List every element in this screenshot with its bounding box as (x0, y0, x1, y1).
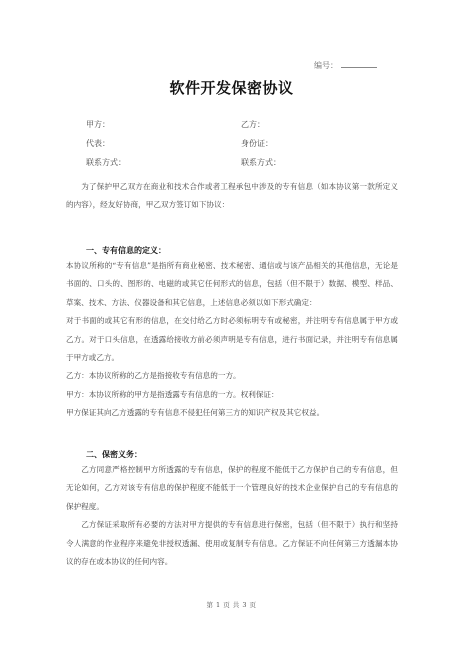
paragraph: 本协议所称的“专有信息”是指所有商业秘密、技术秘密、通信或与该产品相关的其他信息… (66, 257, 398, 312)
party-row: 甲方： 乙方： (86, 119, 386, 138)
document-page: 编号： 软件开发保密协议 甲方： 乙方： 代表： 身份证： 联系方式： 联系方式… (0, 0, 463, 655)
section-heading-confidentiality: 二、保密义务： (86, 449, 142, 460)
serial-number-blank (341, 61, 377, 68)
document-title: 软件开发保密协议 (0, 77, 463, 98)
preamble: 为了保护甲乙双方在商业和技术合作或者工程承包中涉及的专有信息（如本协议第一款所定… (66, 178, 398, 215)
section-confidentiality-body: 乙方同意严格控制甲方所透露的专有信息，保护的程度不能低于乙方保护自己的专有信息，… (66, 461, 398, 571)
serial-number-label: 编号： (314, 61, 338, 70)
paragraph: 乙方同意严格控制甲方所透露的专有信息，保护的程度不能低于乙方保护自己的专有信息，… (66, 461, 398, 516)
party-b-contact-label: 联系方式： (241, 157, 281, 168)
party-info: 甲方： 乙方： 代表： 身份证： 联系方式： 联系方式： (86, 119, 386, 176)
party-a-contact-label: 联系方式： (86, 157, 126, 168)
page-footer: 第 1 页 共 3 页 (0, 600, 463, 609)
party-a-label: 甲方： (86, 119, 110, 130)
paragraph: 乙方：本协议所称的乙方是指接收专有信息的一方。 (66, 367, 398, 385)
party-b-label: 乙方： (241, 119, 265, 130)
paragraph: 甲方：本协议所称的甲方是指透露专有信息的一方。权利保证： (66, 386, 398, 404)
serial-number-field: 编号： (314, 60, 377, 71)
preamble-text: 为了保护甲乙双方在商业和技术合作或者工程承包中涉及的专有信息（如本协议第一款所定… (66, 178, 398, 215)
section-heading-definition: 一、专有信息的定义： (86, 245, 166, 256)
id-card-label: 身份证： (241, 138, 273, 149)
party-row: 代表： 身份证： (86, 138, 386, 157)
party-row: 联系方式： 联系方式： (86, 157, 386, 176)
paragraph: 对于书面的或其它有形的信息，在交付给乙方时必须标明专有或秘密，并注明专有信息属于… (66, 312, 398, 367)
paragraph: 甲方保证其向乙方透露的专有信息不侵犯任何第三方的知识产权及其它权益。 (66, 404, 398, 422)
paragraph: 乙方保证采取所有必要的方法对甲方提供的专有信息进行保密，包括（但不限于）执行和坚… (66, 516, 398, 571)
representative-label: 代表： (86, 138, 110, 149)
section-definition-body: 本协议所称的“专有信息”是指所有商业秘密、技术秘密、通信或与该产品相关的其他信息… (66, 257, 398, 423)
